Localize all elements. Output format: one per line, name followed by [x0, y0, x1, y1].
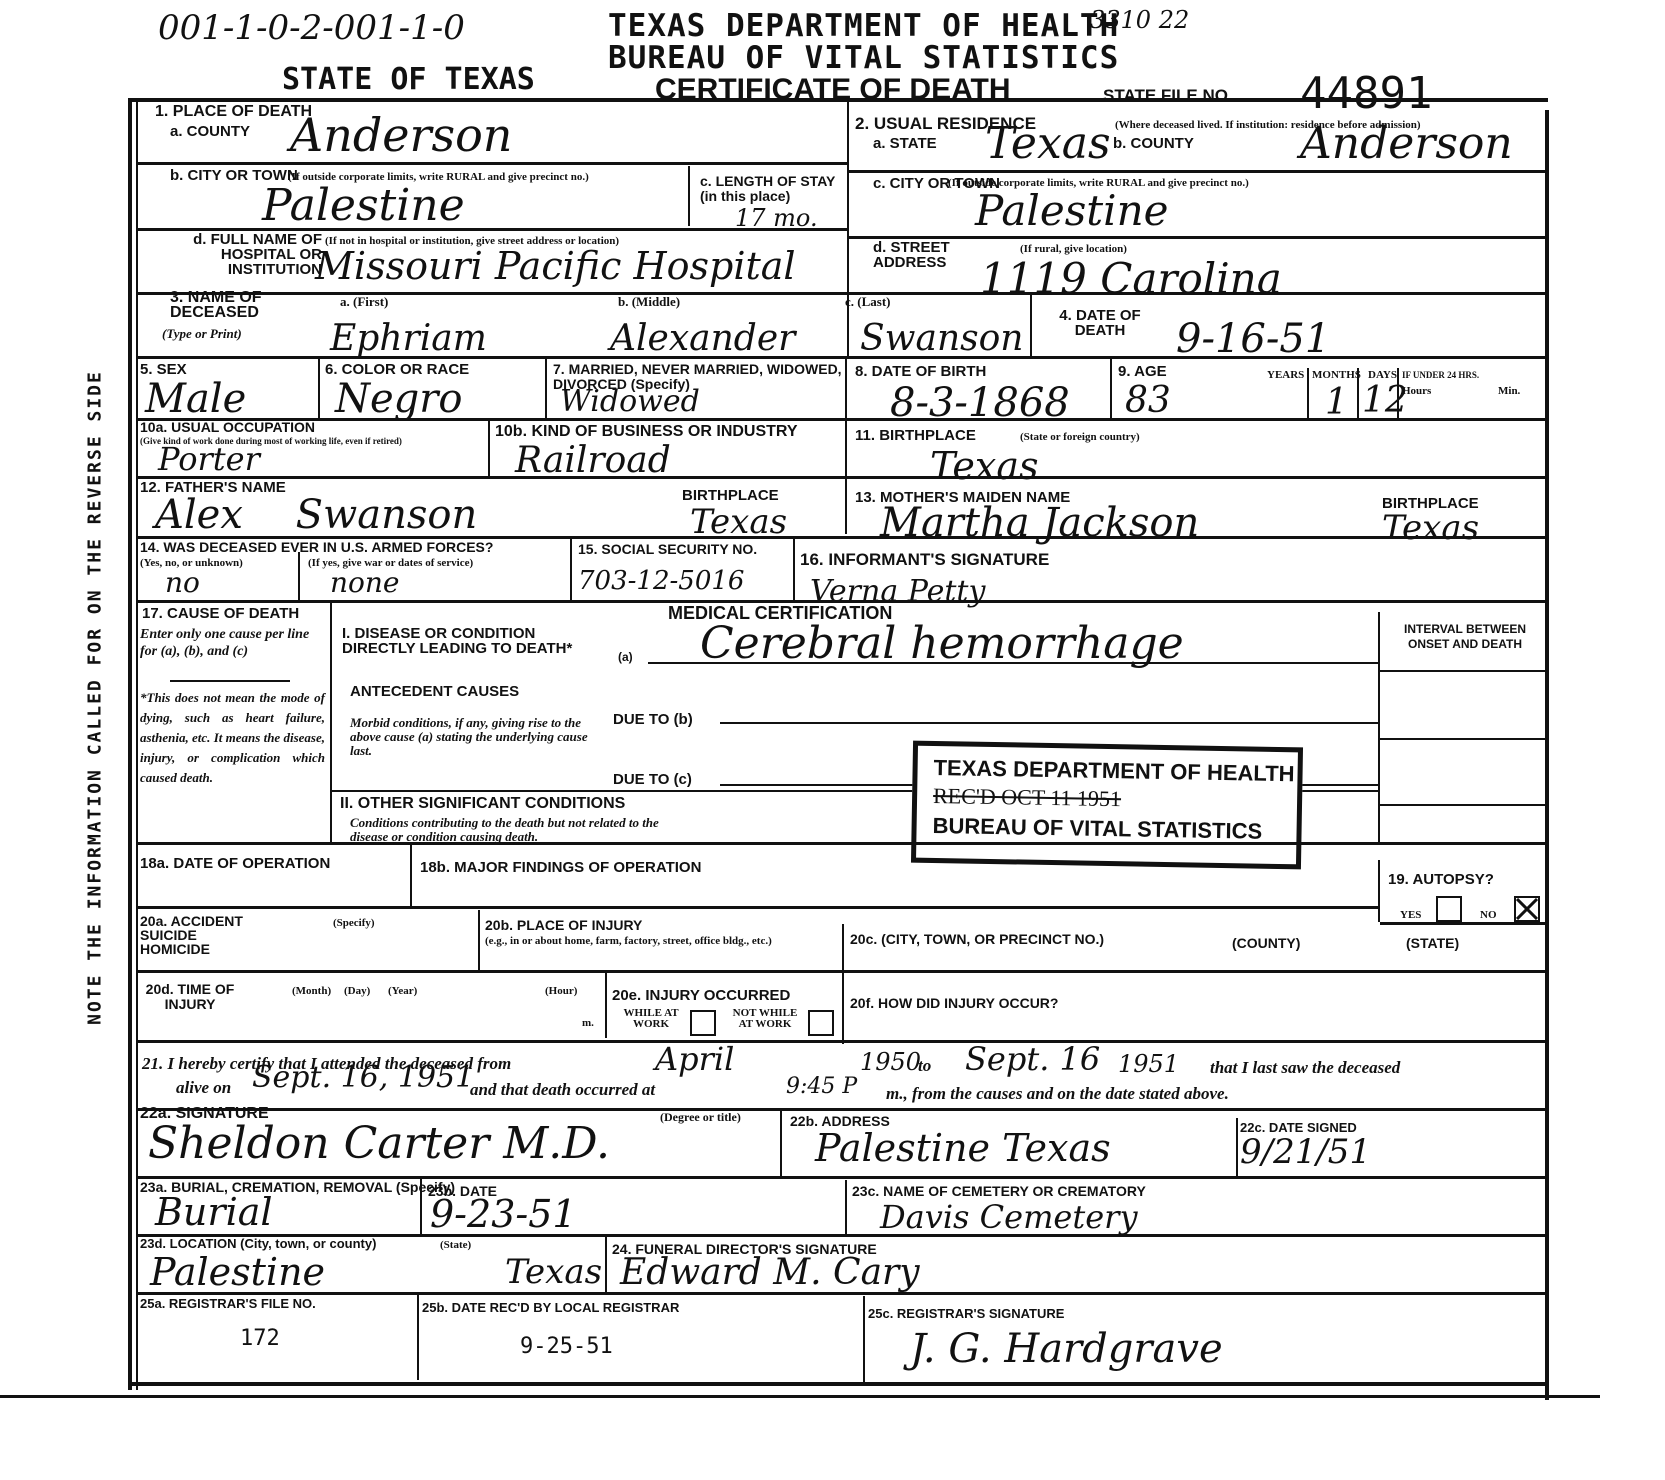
rule — [545, 358, 547, 420]
attended-from-year: 1950 — [860, 1048, 921, 1076]
reverse-side-note: NOTE THE INFORMATION CALLED FOR ON THE R… — [88, 313, 103, 1083]
rule — [138, 356, 1546, 359]
hospital-value: Missouri Pacific Hospital — [315, 244, 796, 288]
accident-type-label: 20a. ACCIDENT SUICIDE HOMICIDE — [140, 914, 260, 956]
state-file-number: 44891 — [1300, 72, 1432, 116]
informant-label: 16. INFORMANT'S SIGNATURE — [800, 552, 1049, 567]
death-county-value: Anderson — [290, 108, 512, 162]
age-label: 9. AGE — [1118, 364, 1167, 379]
due-to-b-label: DUE TO (b) — [613, 712, 693, 727]
rule — [170, 680, 290, 682]
due-to-c-label: DUE TO (c) — [613, 772, 692, 787]
to-word: to — [918, 1058, 931, 1073]
cause-of-death-sub: Enter only one cause per line for (a), (… — [140, 626, 325, 660]
occupation-value: Porter — [158, 440, 260, 478]
rule — [793, 538, 795, 600]
alive-on-value: Sept. 16, 1951 — [252, 1060, 474, 1095]
birthplace-value: Texas — [930, 444, 1038, 488]
street-address-value: 1119 Carolina — [980, 254, 1282, 303]
interval-label: INTERVAL BETWEEN ONSET AND DEATH — [1385, 622, 1545, 652]
rule — [138, 162, 848, 165]
birthplace-instructions: (State or foreign country) — [1020, 432, 1140, 443]
rule — [410, 844, 412, 906]
autopsy-no-label: NO — [1480, 910, 1497, 921]
checked-x-icon — [1516, 898, 1538, 920]
race-label: 6. COLOR OR RACE — [325, 362, 469, 377]
injury-state-label: (STATE) — [1406, 936, 1459, 951]
injury-occurred-label: 20e. INJURY OCCURRED — [612, 988, 790, 1003]
page-bottom-rule — [0, 1395, 1600, 1398]
rule — [605, 972, 607, 1038]
stamp-line-2: REC'D OCT 11 1951 — [933, 784, 1121, 811]
mother-birthplace-value: Texas — [1382, 508, 1479, 548]
death-time-value: 9:45 P — [786, 1074, 857, 1099]
attended-from-value: April — [655, 1040, 734, 1078]
stamp-line-3: BUREAU OF VITAL STATISTICS — [932, 814, 1262, 844]
disease-condition-label: I. DISEASE OR CONDITION DIRECTLY LEADING… — [342, 626, 612, 656]
age-years-label: YEARS — [1267, 370, 1304, 381]
birthplace-label: 11. BIRTHPLACE — [855, 428, 976, 443]
handwritten-code: 001-1-0-2-001-1-0 — [158, 8, 465, 48]
day-label: (Day) — [344, 986, 370, 997]
year-label: (Year) — [388, 986, 417, 997]
rule — [780, 1110, 782, 1176]
rule — [478, 910, 480, 970]
attended-to-value: Sept. 16 — [965, 1040, 1100, 1078]
certify-text-2: that I last saw the deceased — [1210, 1060, 1400, 1075]
sex-label: 5. SEX — [140, 362, 187, 377]
frame-right — [1545, 110, 1549, 1400]
rule — [842, 924, 844, 1044]
street-address-label: d. STREET ADDRESS — [873, 240, 973, 270]
degree-title-label: (Degree or title) — [660, 1112, 741, 1123]
rule — [1380, 804, 1546, 806]
received-stamp: TEXAS DEPARTMENT OF HEALTH REC'D OCT 11 … — [911, 741, 1303, 870]
date-received-value: 9-25-51 — [520, 1334, 613, 1359]
father-birthplace-label: BIRTHPLACE — [682, 488, 779, 503]
other-conditions-label: II. OTHER SIGNIFICANT CONDITIONS — [340, 796, 625, 811]
name-label: 3. NAME OF DECEASED — [170, 290, 300, 320]
age-minutes-label: Min. — [1498, 386, 1520, 397]
date-signed-value: 9/21/51 — [1240, 1132, 1371, 1172]
rule — [138, 418, 1546, 421]
rule — [688, 166, 690, 226]
first-name-value: Ephriam — [330, 318, 487, 359]
rule — [138, 1040, 1546, 1043]
rule — [720, 722, 1378, 724]
last-name-label: c. (Last) — [845, 296, 891, 307]
armed-service-value: none — [330, 566, 400, 599]
residence-state-label: a. STATE — [873, 136, 937, 151]
registrar-signature-label: 25c. REGISTRAR'S SIGNATURE — [868, 1306, 1064, 1321]
rule — [488, 420, 490, 476]
rule — [1378, 860, 1380, 922]
name-type-print: (Type or Print) — [162, 326, 242, 341]
registrar-signature-value: J. G. Hardgrave — [910, 1326, 1223, 1372]
rule — [605, 1236, 607, 1292]
rule — [1236, 1118, 1238, 1176]
cause-of-death-label: 17. CAUSE OF DEATH — [142, 606, 299, 621]
injury-county-label: (COUNTY) — [1232, 936, 1300, 951]
operation-findings-label: 18b. MAJOR FINDINGS OF OPERATION — [420, 860, 701, 875]
rule — [138, 970, 1546, 973]
cause-a-marker: (a) — [618, 650, 633, 665]
rule — [138, 476, 1546, 479]
middle-name-value: Alexander — [610, 318, 795, 359]
sex-value: Male — [145, 376, 246, 422]
last-name-value: Swanson — [860, 318, 1023, 359]
not-at-work-checkbox[interactable] — [808, 1010, 834, 1036]
other-conditions-note: Conditions contributing to the death but… — [350, 816, 690, 844]
rule — [849, 236, 1546, 239]
race-value: Negro — [335, 376, 462, 422]
physician-address-value: Palestine Texas — [815, 1126, 1111, 1170]
autopsy-yes-checkbox[interactable] — [1436, 896, 1462, 922]
industry-label: 10b. KIND OF BUSINESS OR INDUSTRY — [495, 424, 798, 439]
rule — [138, 906, 1380, 909]
burial-location-label: 23d. LOCATION (City, town, or county) — [140, 1236, 376, 1251]
burial-state-label: (State) — [440, 1240, 471, 1251]
rule — [318, 358, 320, 420]
burial-state-value: Texas — [505, 1252, 602, 1292]
while-at-work-label: WHILE AT WORK — [615, 1008, 687, 1030]
rule — [330, 602, 332, 842]
bureau-title: BUREAU OF VITAL STATISTICS — [608, 42, 1119, 74]
autopsy-yes-label: YES — [1400, 910, 1421, 921]
m-label: m. — [582, 1018, 594, 1029]
antecedent-note: Morbid conditions, if any, giving rise t… — [350, 716, 610, 758]
rule — [1380, 670, 1546, 672]
attended-to-year: 1951 — [1118, 1050, 1179, 1078]
stamp-line-1: TEXAS DEPARTMENT OF HEALTH — [933, 756, 1294, 786]
autopsy-no-checkbox[interactable] — [1514, 896, 1540, 922]
corner-code: 3310 22 — [1090, 6, 1189, 34]
certify-text-3: and that death occurred at — [470, 1082, 655, 1097]
registrar-file-value: 172 — [240, 1326, 280, 1351]
rule — [138, 1292, 1546, 1295]
rule — [1380, 922, 1546, 925]
middle-name-label: b. (Middle) — [618, 296, 680, 307]
age-under24-label: IF UNDER 24 HRS. — [1402, 370, 1479, 381]
county-label: a. COUNTY — [170, 124, 250, 139]
rule — [849, 170, 1546, 173]
residence-county-value: Anderson — [1300, 118, 1513, 169]
marital-status-value: Widowed — [560, 384, 700, 419]
frame-top — [128, 98, 1548, 102]
death-city-value: Palestine — [262, 180, 465, 231]
cemetery-label: 23c. NAME OF CEMETERY OR CREMATORY — [852, 1184, 1146, 1199]
alive-on-label: alive on — [176, 1080, 231, 1095]
armed-forces-value: no — [165, 566, 200, 599]
frame-left — [128, 98, 132, 1390]
not-at-work-label: NOT WHILE AT WORK — [725, 1008, 805, 1030]
how-injury-label: 20f. HOW DID INJURY OCCUR? — [850, 996, 1058, 1011]
age-months-label: MONTHS — [1312, 370, 1361, 381]
burial-location-value: Palestine — [150, 1250, 325, 1294]
rule — [1110, 358, 1112, 420]
rule — [1030, 294, 1032, 358]
state-heading: STATE OF TEXAS — [282, 64, 535, 96]
length-of-stay-label: c. LENGTH OF STAY (in this place) — [700, 174, 840, 204]
cause-a-value: Cerebral hemorrhage — [700, 618, 1184, 669]
residence-state-value: Texas — [985, 118, 1111, 169]
occupation-label: 10a. USUAL OCCUPATION — [140, 420, 315, 435]
date-received-label: 25b. DATE REC'D BY LOCAL REGISTRAR — [422, 1300, 679, 1315]
rule — [298, 552, 300, 600]
rule — [845, 1180, 847, 1236]
place-of-injury-sub: (e.g., in or about home, farm, factory, … — [485, 936, 815, 947]
hour-label: (Hour) — [545, 986, 577, 997]
registrar-file-label: 25a. REGISTRAR'S FILE NO. — [140, 1296, 316, 1311]
rule — [1380, 738, 1546, 740]
rule — [1307, 368, 1309, 420]
cemetery-value: Davis Cemetery — [880, 1198, 1138, 1236]
month-label: (Month) — [292, 986, 331, 997]
antecedent-causes-label: ANTECEDENT CAUSES — [350, 684, 519, 699]
certify-text-4: m., from the causes and on the date stat… — [886, 1086, 1229, 1101]
date-of-birth-label: 8. DATE OF BIRTH — [855, 364, 986, 379]
burial-date-value: 9-23-51 — [430, 1192, 577, 1236]
father-name-value: Alex Swanson — [155, 492, 477, 538]
physician-signature-value: Sheldon Carter M.D. — [148, 1118, 610, 1169]
age-years-value: 83 — [1125, 380, 1171, 421]
rule — [417, 1294, 419, 1380]
residence-county-label: b. COUNTY — [1113, 136, 1194, 151]
place-of-injury-label: 20b. PLACE OF INJURY — [485, 918, 642, 933]
ssn-label: 15. SOCIAL SECURITY NO. — [578, 542, 757, 557]
accident-specify-label: (Specify) — [333, 918, 375, 929]
rule — [863, 1296, 865, 1382]
age-days-value: 12 — [1362, 380, 1408, 421]
age-months-value: 1 — [1325, 382, 1348, 423]
ssn-value: 703-12-5016 — [578, 566, 744, 596]
time-of-injury-label: 20d. TIME OF INJURY — [140, 982, 240, 1012]
armed-forces-label: 14. WAS DECEASED EVER IN U.S. ARMED FORC… — [140, 540, 493, 555]
hospital-label: d. FULL NAME OF HOSPITAL OR INSTITUTION — [172, 232, 322, 277]
autopsy-label: 19. AUTOPSY? — [1388, 872, 1494, 887]
disposition-value: Burial — [155, 1190, 273, 1234]
rule — [1378, 612, 1380, 842]
residence-city-value: Palestine — [975, 186, 1168, 235]
mother-name-value: Martha Jackson — [880, 500, 1199, 546]
rule — [138, 1108, 1546, 1111]
funeral-director-value: Edward M. Cary — [620, 1252, 920, 1293]
place-of-death-label: 1. PLACE OF DEATH — [155, 104, 312, 119]
while-at-work-checkbox[interactable] — [690, 1010, 716, 1036]
rule — [570, 538, 572, 600]
operation-date-label: 18a. DATE OF OPERATION — [140, 856, 330, 871]
frame-bottom — [128, 1382, 1548, 1386]
rule — [138, 842, 1546, 845]
cause-of-death-note: *This does not mean the mode of dying, s… — [140, 688, 325, 788]
date-of-death-label: 4. DATE OF DEATH — [1035, 308, 1165, 338]
rule — [845, 358, 847, 534]
first-name-label: a. (First) — [340, 296, 388, 307]
injury-city-label: 20c. (CITY, TOWN, OR PRECINCT NO.) — [850, 932, 1104, 947]
department-title: TEXAS DEPARTMENT OF HEALTH — [608, 10, 1119, 42]
industry-value: Railroad — [515, 440, 671, 481]
